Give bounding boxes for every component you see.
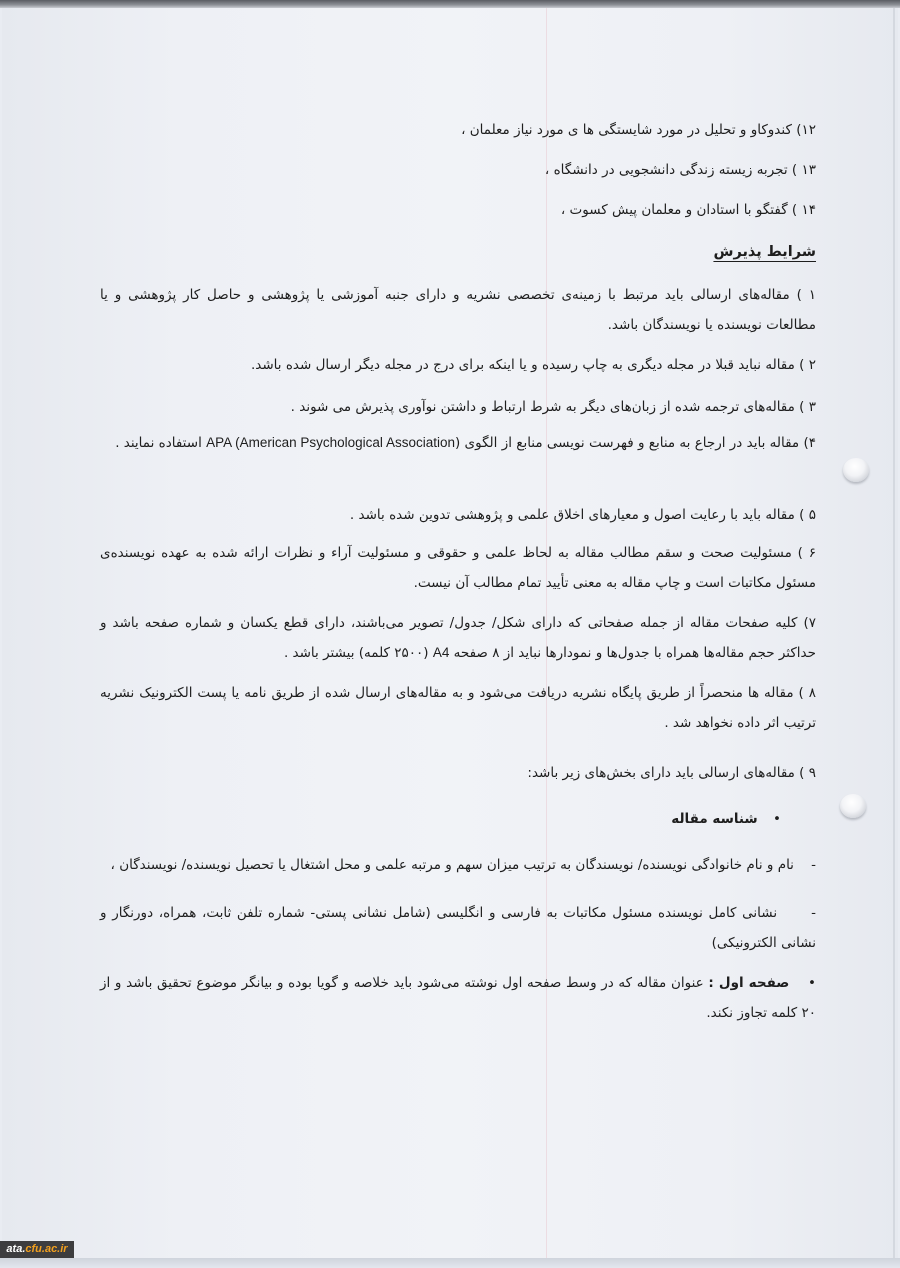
item-number: ۴) [803, 435, 816, 451]
section-heading: شرایط پذیرش [713, 244, 816, 260]
condition-item: ۸ ) مقاله ها منحصراً از طریق پایگاه نشری… [100, 678, 816, 738]
item-number: ۹ ) [799, 765, 816, 781]
item-number: ۱۳ ) [792, 162, 816, 178]
item-text: مسئولیت صحت و سقم مطالب مقاله به لحاظ عل… [100, 545, 816, 591]
item-number: ۱۴ ) [792, 202, 816, 218]
item-text: (۲۵۰۰ کلمه) بیشتر باشد . [284, 645, 433, 661]
item-number: ۷) [803, 615, 816, 631]
bullet-label: صفحه اول : [708, 975, 789, 991]
dash-icon: - [811, 857, 816, 873]
item-number: ۳ ) [799, 399, 816, 415]
condition-item: ۲ ) مقاله نباید قبلا در مجله دیگری به چا… [100, 350, 816, 380]
item-text: مقاله نباید قبلا در مجله دیگری به چاپ رس… [251, 357, 795, 373]
condition-item: ۳ ) مقاله‌های ترجمه شده از زبان‌های دیگر… [100, 392, 816, 422]
bullet-label: شناسه مقاله [671, 811, 757, 827]
item-text: تجربه زیسته زندگی دانشجویی در دانشگاه ، [545, 162, 788, 178]
condition-item: ۹ ) مقاله‌های ارسالی باید دارای بخش‌های … [100, 758, 816, 788]
item-text: مقاله باید در ارجاع به منابع و فهرست نوی… [455, 435, 799, 451]
punch-hole-icon [843, 458, 869, 482]
item-number: ۶ ) [798, 545, 816, 561]
item-text: نام و نام خانوادگی نویسنده/ نویسندگان به… [111, 857, 794, 873]
condition-item: ۴) مقاله باید در ارجاع به منابع و فهرست … [100, 428, 816, 458]
item-text: مقاله‌های ارسالی باید مرتبط با زمینه‌ی ت… [100, 287, 816, 333]
condition-item: ۷) کلیه صفحات مقاله از جمله صفحاتی که دا… [100, 608, 816, 668]
dash-item: - نشانی کامل نویسنده مسئول مکاتبات به فا… [100, 898, 816, 958]
item-text: مقاله‌های ارسالی باید دارای بخش‌های زیر … [527, 765, 794, 781]
item-text: مقاله‌های ترجمه شده از زبان‌های دیگر به … [291, 399, 795, 415]
condition-item: ۶ ) مسئولیت صحت و سقم مطالب مقاله به لحا… [100, 538, 816, 598]
site-watermark: ata.cfu.ac.ir [0, 1241, 74, 1258]
dash-icon: - [811, 905, 816, 921]
list-item: ۱۳ ) تجربه زیسته زندگی دانشجویی در دانشگ… [545, 162, 816, 178]
scanner-bottom-edge [0, 1258, 900, 1268]
bullet-article-id: • شناسه مقاله [100, 804, 792, 834]
condition-item: ۵ ) مقاله باید با رعایت اصول و معیارهای … [100, 500, 816, 530]
list-item: ۱۲) کندوکاو و تحلیل در مورد شایستگی ها ی… [461, 122, 816, 138]
dash-item: - نام و نام خانوادگی نویسنده/ نویسندگان … [100, 850, 816, 880]
item-text: کندوکاو و تحلیل در مورد شایستگی ها ی مور… [461, 122, 792, 138]
item-text: استفاده نمایند . [115, 435, 206, 451]
bullet-icon: • [794, 968, 816, 998]
bullet-icon: • [762, 804, 792, 834]
item-number: ۲ ) [799, 357, 816, 373]
item-number: ۱۲) [796, 122, 816, 138]
watermark-prefix: ata. [6, 1243, 25, 1255]
list-item: ۱۴ ) گفتگو با استادان و معلمان پیش کسوت … [561, 202, 816, 218]
item-text: نشانی کامل نویسنده مسئول مکاتبات به فارس… [100, 905, 816, 951]
item-number: ۸ ) [799, 685, 816, 701]
item-number: ۵ ) [799, 507, 816, 523]
punch-hole-icon [840, 794, 866, 818]
watermark-domain: cfu.ac.ir [25, 1243, 67, 1255]
bullet-first-page: • صفحه اول : عنوان مقاله که در وسط صفحه … [100, 968, 816, 1028]
page-right-edge [893, 8, 895, 1258]
item-text: مقاله باید با رعایت اصول و معیارهای اخلا… [350, 507, 795, 523]
item-text: کلیه صفحات مقاله از جمله صفحاتی که دارای… [100, 615, 816, 661]
scanner-top-edge [0, 0, 900, 8]
item-text: گفتگو با استادان و معلمان پیش کسوت ، [561, 202, 788, 218]
item-text: مقاله ها منحصراً از طریق پایگاه نشریه در… [100, 685, 816, 731]
item-number: ۱ ) [797, 287, 816, 303]
condition-item: ۱ ) مقاله‌های ارسالی باید مرتبط با زمینه… [100, 280, 816, 340]
paper-size: A4 [433, 645, 450, 660]
citation-style-name: APA (American Psychological Association [206, 435, 455, 450]
